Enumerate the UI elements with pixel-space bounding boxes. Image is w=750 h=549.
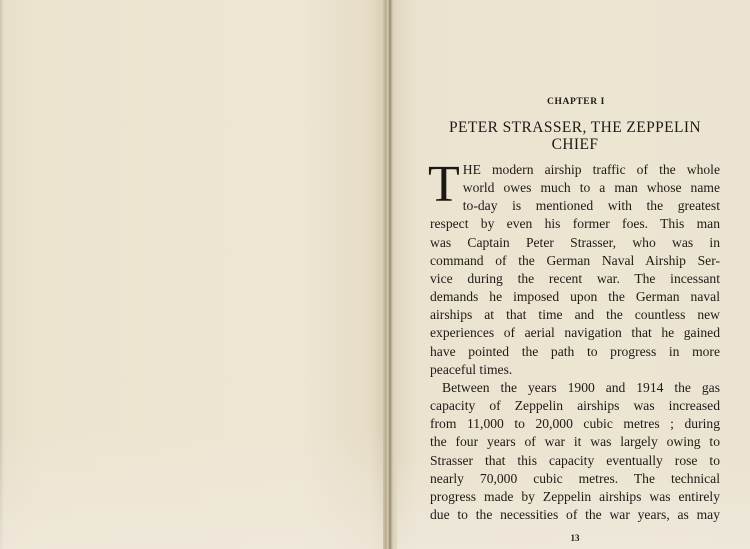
text-line: the four years of war it was largely owi… — [430, 433, 720, 451]
text-line: vice during the recent war. The incessan… — [430, 270, 720, 288]
text-line: respect by even his former foes. This ma… — [430, 215, 720, 233]
left-page-blank — [0, 0, 386, 549]
text-line: nearly 70,000 cubic metres. The technica… — [430, 470, 720, 488]
paragraph-1: T HE modern airship traffic of the whole… — [430, 161, 720, 379]
chapter-label: CHAPTER I — [432, 97, 720, 107]
text-line: due to the necessities of the war years,… — [430, 506, 720, 524]
text-line: Between the years 1900 and 1914 the gas — [430, 379, 720, 397]
text-line: was Captain Peter Strasser, who was in — [430, 234, 720, 252]
chapter-title: PETER STRASSER, THE ZEPPELIN CHIEF — [430, 119, 720, 153]
page-number: 13 — [430, 533, 720, 543]
book-gutter — [383, 0, 397, 549]
text-line: airships at that time and the countless … — [430, 306, 720, 324]
text-line: demands he imposed upon the German naval — [430, 288, 720, 306]
open-book-spread: CHAPTER I PETER STRASSER, THE ZEPPELIN C… — [0, 0, 750, 549]
drop-cap: T — [428, 165, 460, 209]
right-page-text: CHAPTER I PETER STRASSER, THE ZEPPELIN C… — [430, 97, 720, 543]
text-line: have pointed the path to progress in mor… — [430, 343, 720, 361]
text-line: to-day is mentioned with the greatest — [430, 197, 720, 215]
text-line: Strasser that this capacity eventually r… — [430, 452, 720, 470]
text-line: command of the German Naval Airship Ser- — [430, 252, 720, 270]
text-line: from 11,000 to 20,000 cubic metres ; dur… — [430, 415, 720, 433]
text-line: world owes much to a man whose name — [430, 179, 720, 197]
chapter-title-line: CHIEF — [430, 136, 720, 153]
text-line: peaceful times. — [430, 361, 720, 379]
text-line: progress made by Zeppelin airships was e… — [430, 488, 720, 506]
text-line: HE modern airship traffic of the whole — [430, 161, 720, 179]
text-line: capacity of Zeppelin airships was increa… — [430, 397, 720, 415]
chapter-title-line: PETER STRASSER, THE ZEPPELIN — [430, 119, 720, 136]
paragraph-2: Between the years 1900 and 1914 the gas … — [430, 379, 720, 524]
text-line: experiences of aerial navigation that he… — [430, 324, 720, 342]
